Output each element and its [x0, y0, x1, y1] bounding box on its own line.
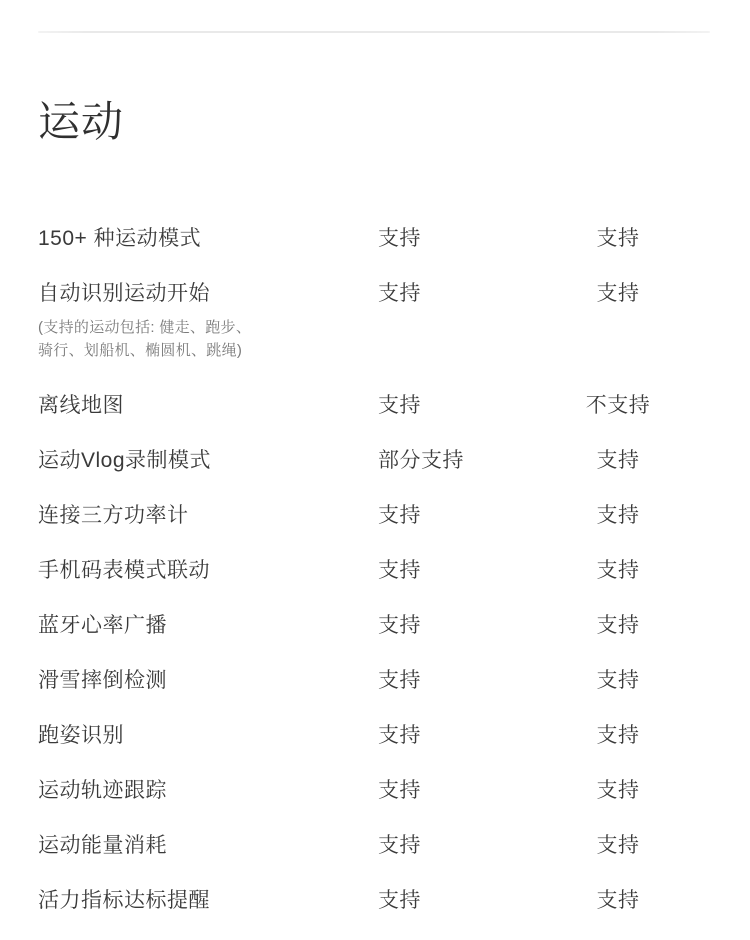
section-title: 运动 — [38, 97, 712, 147]
product-a-support-value: 支持 — [378, 609, 548, 639]
table-row: 蓝牙心率广播 支持 支持 — [38, 596, 710, 651]
product-a-support-value: 支持 — [378, 222, 548, 252]
table-row: 手机码表模式联动 支持 支持 — [38, 541, 710, 596]
table-row: 运动轨迹跟踪 支持 支持 — [38, 761, 710, 816]
product-a-support-value: 支持 — [378, 884, 548, 914]
product-a-support-value: 支持 — [378, 774, 548, 804]
feature-name: 离线地图 — [38, 389, 378, 419]
feature-name: 运动Vlog录制模式 — [38, 444, 378, 474]
feature-name: 滑雪摔倒检测 — [38, 664, 378, 694]
section-divider — [38, 31, 710, 33]
feature-note: (支持的运动包括: 健走、跑步、 骑行、划船机、椭圆机、跳绳) — [38, 316, 710, 362]
comparison-table: 150+ 种运动模式 支持 支持 自动识别运动开始 支持 支持 (支持的运动包括… — [38, 209, 710, 926]
product-b-support-value: 支持 — [548, 664, 688, 694]
feature-name: 跑姿识别 — [38, 719, 378, 749]
feature-name: 连接三方功率计 — [38, 499, 378, 529]
table-row: 跑姿识别 支持 支持 — [38, 706, 710, 761]
table-row: 150+ 种运动模式 支持 支持 — [38, 209, 710, 264]
product-b-support-value: 支持 — [548, 609, 688, 639]
product-a-support-value: 支持 — [378, 389, 548, 419]
product-b-support-value: 支持 — [548, 277, 688, 307]
table-row: 离线地图 支持 不支持 — [38, 376, 710, 431]
feature-name: 运动轨迹跟踪 — [38, 774, 378, 804]
product-a-support-value: 支持 — [378, 554, 548, 584]
top-spacer — [0, 0, 750, 31]
table-row: 运动能量消耗 支持 支持 — [38, 816, 710, 871]
product-b-support-value: 支持 — [548, 444, 688, 474]
feature-name: 活力指标达标提醒 — [38, 884, 378, 914]
table-row: 滑雪摔倒检测 支持 支持 — [38, 651, 710, 706]
feature-name: 150+ 种运动模式 — [38, 222, 378, 252]
feature-name: 手机码表模式联动 — [38, 554, 378, 584]
product-a-support-value: 支持 — [378, 664, 548, 694]
table-row: 活力指标达标提醒 支持 支持 — [38, 871, 710, 926]
product-b-support-value: 支持 — [548, 774, 688, 804]
product-b-support-value: 支持 — [548, 884, 688, 914]
product-b-support-value: 支持 — [548, 499, 688, 529]
table-row: 连接三方功率计 支持 支持 — [38, 486, 710, 541]
product-a-support-value: 支持 — [378, 719, 548, 749]
product-b-support-value: 支持 — [548, 222, 688, 252]
product-b-support-value: 支持 — [548, 554, 688, 584]
feature-name: 自动识别运动开始 — [38, 277, 378, 307]
feature-name: 运动能量消耗 — [38, 829, 378, 859]
product-a-support-value: 支持 — [378, 277, 548, 307]
table-row: 运动Vlog录制模式 部分支持 支持 — [38, 431, 710, 486]
feature-name: 蓝牙心率广播 — [38, 609, 378, 639]
table-row: 自动识别运动开始 支持 支持 — [38, 264, 710, 319]
product-b-support-value: 支持 — [548, 829, 688, 859]
product-b-support-value: 支持 — [548, 719, 688, 749]
product-a-support-value: 支持 — [378, 829, 548, 859]
product-b-support-value: 不支持 — [548, 389, 688, 419]
product-a-support-value: 支持 — [378, 499, 548, 529]
product-a-support-value: 部分支持 — [378, 444, 548, 474]
